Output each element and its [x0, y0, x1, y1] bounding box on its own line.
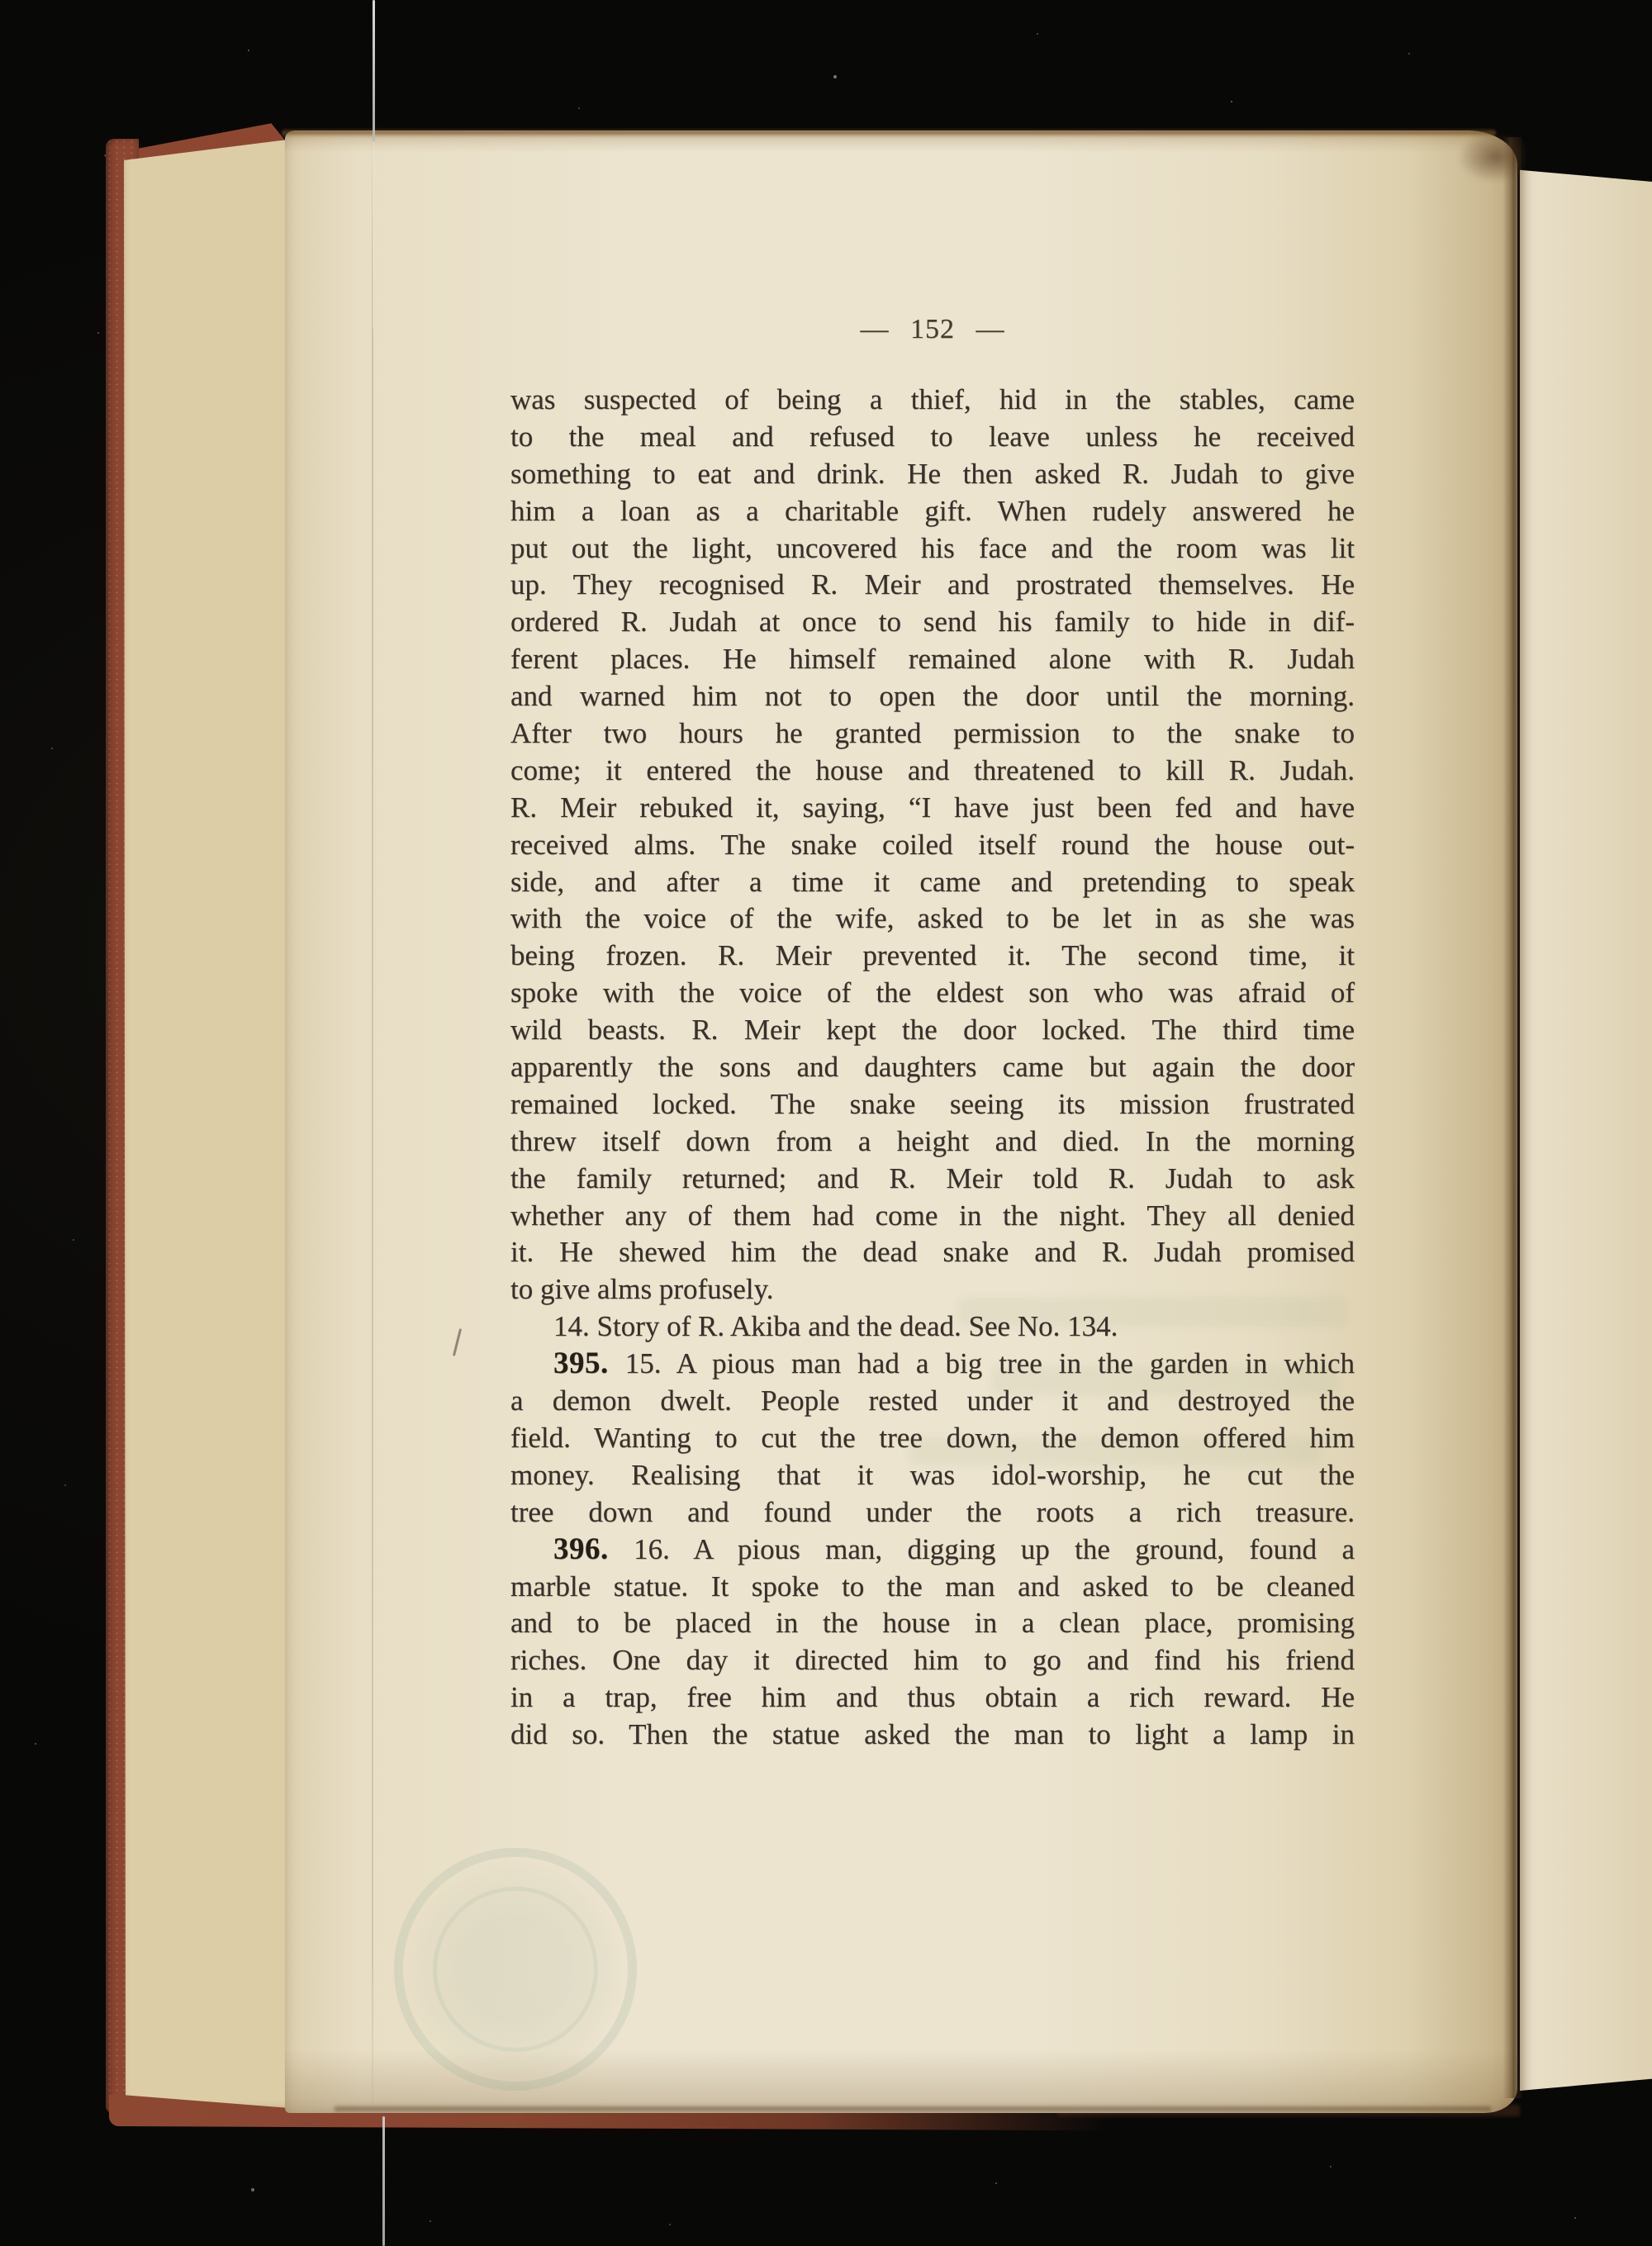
text-line: 14. Story of R. Akiba and the dead. See …	[510, 1308, 1355, 1346]
text-line: whether any of them had come in the nigh…	[510, 1198, 1355, 1235]
text-line: remained locked. The snake seeing its mi…	[510, 1086, 1355, 1123]
text-line: him a loan as a charitable gift. When ru…	[510, 493, 1355, 530]
text-line: threw itself down from a height and died…	[510, 1123, 1355, 1161]
gutter-shadow	[1503, 137, 1521, 2098]
dust-specks	[0, 0, 2, 2]
text-line: put out the light, uncovered his face an…	[510, 530, 1355, 567]
text-line: the family returned; and R. Meir told R.…	[510, 1161, 1355, 1198]
text-line: marble statue. It spoke to the man and a…	[510, 1569, 1355, 1606]
text-line: 396. 16. A pious man, digging up the gro…	[510, 1531, 1355, 1569]
story-number: 396.	[553, 1532, 609, 1566]
text-line: 395. 15. A pious man had a big tree in t…	[510, 1346, 1355, 1383]
text-line: a demon dwelt. People rested under it an…	[510, 1383, 1355, 1420]
text-line: tree down and found under the roots a ri…	[510, 1494, 1355, 1531]
text-line: wild beasts. R. Meir kept the door locke…	[510, 1012, 1355, 1049]
page-bottom-edge	[335, 2106, 1491, 2111]
text-line: side, and after a time it came and prete…	[510, 864, 1355, 901]
text-line: received alms. The snake coiled itself r…	[510, 827, 1355, 864]
book-page: — 152 — was suspected of being a thief, …	[285, 131, 1517, 2113]
text-line: with the voice of the wife, asked to be …	[510, 900, 1355, 938]
text-line: in a trap, free him and thus obtain a ri…	[510, 1679, 1355, 1717]
text-line: did so. Then the statue asked the man to…	[510, 1717, 1355, 1754]
facing-page-sliver	[1520, 140, 1652, 2106]
text-line: something to eat and drink. He then aske…	[510, 456, 1355, 493]
text-block: was suspected of being a thief, hid in t…	[510, 382, 1355, 1754]
hanging-thread-bottom	[382, 2116, 385, 2246]
text-line: to the meal and refused to leave unless …	[510, 419, 1355, 456]
text-line: was suspected of being a thief, hid in t…	[510, 382, 1355, 419]
text-line: field. Wanting to cut the tree down, the…	[510, 1420, 1355, 1457]
hanging-thread-top	[373, 0, 375, 142]
text-line: R. Meir rebuked it, saying, “I have just…	[510, 790, 1355, 827]
text-line: After two hours he granted permission to…	[510, 715, 1355, 753]
page-top-edge	[282, 128, 1496, 138]
text-line: money. Realising that it was idol-worshi…	[510, 1457, 1355, 1494]
page-number: — 152 —	[510, 314, 1355, 345]
text-line: ordered R. Judah at once to send his fam…	[510, 604, 1355, 641]
text-line: being frozen. R. Meir prevented it. The …	[510, 938, 1355, 975]
text-line: up. They recognised R. Meir and prostrat…	[510, 567, 1355, 604]
text-line: and warned him not to open the door unti…	[510, 678, 1355, 715]
text-line: spoke with the voice of the eldest son w…	[510, 975, 1355, 1012]
page-edges-stack	[124, 131, 289, 2113]
margin-pen-mark	[453, 1328, 462, 1356]
scanned-book-photo: — 152 — was suspected of being a thief, …	[0, 0, 1652, 2246]
story-number: 395.	[553, 1346, 609, 1380]
library-stamp-bleedthrough	[394, 1848, 637, 2091]
text-line: come; it entered the house and threatene…	[510, 753, 1355, 790]
text-line: apparently the sons and daughters came b…	[510, 1049, 1355, 1086]
hanging-thread-top-faint	[373, 140, 374, 329]
text-line: and to be placed in the house in a clean…	[510, 1605, 1355, 1642]
text-line: it. He shewed him the dead snake and R. …	[510, 1234, 1355, 1271]
text-line: riches. One day it directed him to go an…	[510, 1642, 1355, 1679]
text-line: to give alms profusely.	[510, 1271, 1355, 1308]
text-line: ferent places. He himself remained alone…	[510, 641, 1355, 678]
